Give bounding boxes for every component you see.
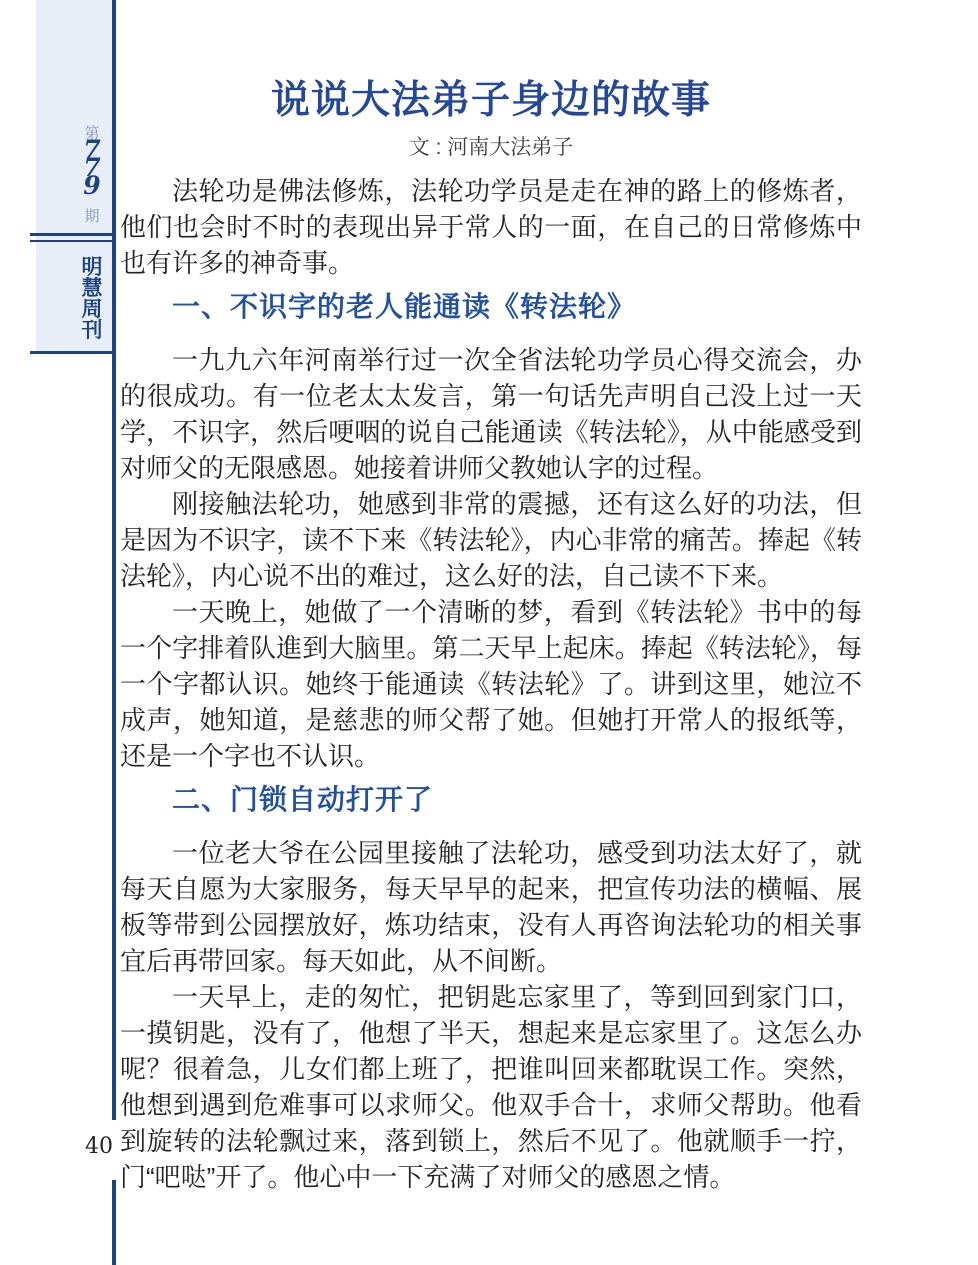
section-1-paragraph: 一天晚上，她做了一个清晰的梦，看到《转法轮》书中的每一个字排着队進到大脑里。第二… <box>120 594 862 774</box>
section-1-paragraph: 刚接触法轮功，她感到非常的震撼，还有这么好的功法，但是因为不识字，读不下来《转法… <box>120 486 862 594</box>
publication-name-char: 刊 <box>70 319 114 340</box>
intro-paragraph: 法轮功是佛法修炼，法轮功学员是走在神的路上的修炼者，他们也会时不时的表现出异于常… <box>120 173 862 281</box>
section-2-paragraph: 一天早上，走的匆忙，把钥匙忘家里了，等到回到家门口，一摸钥匙，没有了，他想了半天… <box>120 979 862 1195</box>
section-2-paragraph: 一位老大爷在公园里接触了法轮功，感受到功法太好了，就每天自愿为大家服务，每天早早… <box>120 835 862 979</box>
double-rule-divider <box>30 233 113 242</box>
issue-suffix-label: 期 <box>70 205 114 226</box>
magazine-page: 第 7 7 9 期 明 慧 周 刊 40 说说大法弟子身边的故事 文 : 河南大… <box>0 0 978 1265</box>
article-column: 说说大法弟子身边的故事 文 : 河南大法弟子 法轮功是佛法修炼，法轮功学员是走在… <box>120 0 862 1195</box>
sidebar-bottom-rule <box>30 351 113 354</box>
issue-digit: 9 <box>70 177 114 195</box>
article-title: 说说大法弟子身边的故事 <box>120 78 862 124</box>
section-1-paragraph: 一九九六年河南举行过一次全省法轮功学员心得交流会，办的很成功。有一位老太太发言，… <box>120 342 862 486</box>
publication-name-char: 周 <box>70 298 114 319</box>
section-1-heading: 一、不识字的老人能通读《转法轮》 <box>120 292 862 322</box>
publication-name-char: 明 <box>70 256 114 277</box>
publication-name-char: 慧 <box>70 277 114 298</box>
article-byline: 文 : 河南大法弟子 <box>120 136 862 159</box>
section-2-heading: 二、门锁自动打开了 <box>120 785 862 815</box>
vertical-rule-top <box>112 0 116 1120</box>
vertical-rule-bottom <box>112 1180 116 1265</box>
page-number: 40 <box>84 1134 114 1159</box>
